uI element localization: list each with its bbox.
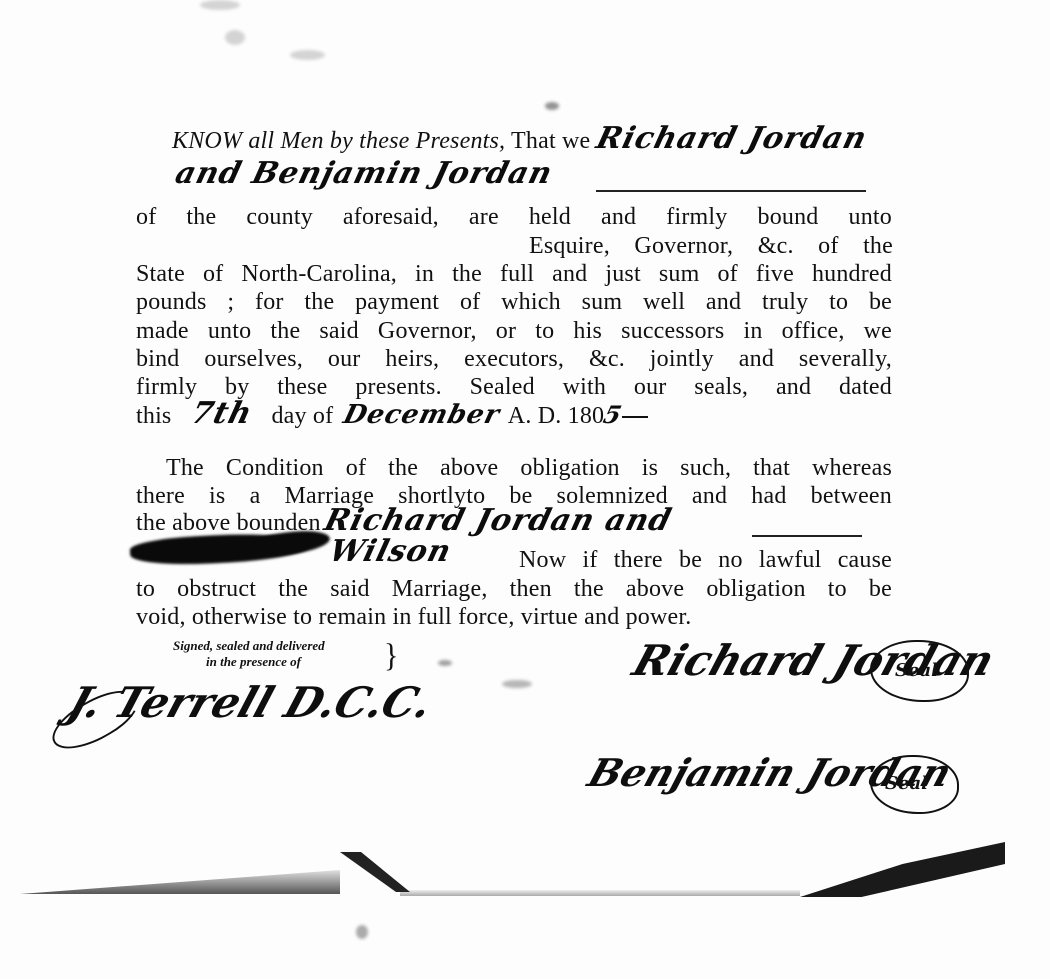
ink-dot [545,102,559,110]
handwritten-surety-name: and Benjamin Jordan [173,160,556,188]
handwritten-bride-surname: Wilson [327,538,455,566]
body-line: bind ourselves, our heirs, executors, &c… [136,345,892,373]
witness-caption-line2: in the presence of [206,655,301,669]
body-line: State of North-Carolina, in the full and… [136,260,892,288]
body-line: to obstruct the said Marriage, then the … [136,575,892,603]
seal-label: Seal [885,773,928,794]
body-line: void, otherwise to remain in full force,… [136,603,691,631]
seal-label: Seal [895,660,938,681]
body-line: of the county aforesaid, are held and fi… [136,203,892,231]
now-clause: Now if there be no lawful cause [519,546,892,574]
body-line: made unto the said Governor, or to his s… [136,317,892,345]
handwritten-principal-name: Richard Jordan [593,125,869,153]
handwritten-groom-name: Richard Jordan and [321,507,674,535]
bounden-line: the above boundenRichard Jordan and [136,507,671,537]
stain-mark [290,50,325,60]
condition-line: The Condition of the above obligation is… [166,454,892,482]
stain-mark [200,0,240,10]
torn-edge-right [800,842,1005,897]
stain-mark [225,30,245,45]
ink-spot [438,660,452,666]
ink-spot [502,680,532,688]
handwritten-names-line: and Benjamin Jordan [176,160,552,190]
opening-line: KNOW all Men by these Presents, That we … [172,125,866,155]
ink-dot [356,925,368,939]
blank-fill-line [752,535,862,537]
body-line: pounds ; for the payment of which sum we… [136,288,892,316]
torn-edge-fold [340,852,410,892]
date-middle: day of [271,403,333,429]
scanned-document-page: KNOW all Men by these Presents, That we … [0,0,1050,979]
handwritten-month: December [340,401,502,429]
date-line: this 7th day of December A. D. 1805 [136,400,648,430]
handwritten-day: 7th [188,400,255,428]
witness-caption-line1: Signed, sealed and delivered [173,639,325,653]
bride-line: Wilson [330,538,451,568]
body-line: Esquire, Governor, &c. of the [529,232,893,260]
date-prefix: this [136,403,171,429]
torn-edge-left [20,870,340,894]
opening-phrase: KNOW all Men by these Presents, [172,128,505,154]
blank-fill-line [596,190,866,192]
handwritten-year-digit: 5 [601,401,626,429]
that-we-text: That we [511,128,590,154]
brace-mark: } [384,640,398,673]
dash-mark [622,416,648,418]
date-ad: A. D. 180 [508,403,604,429]
torn-edge-middle [400,890,800,896]
